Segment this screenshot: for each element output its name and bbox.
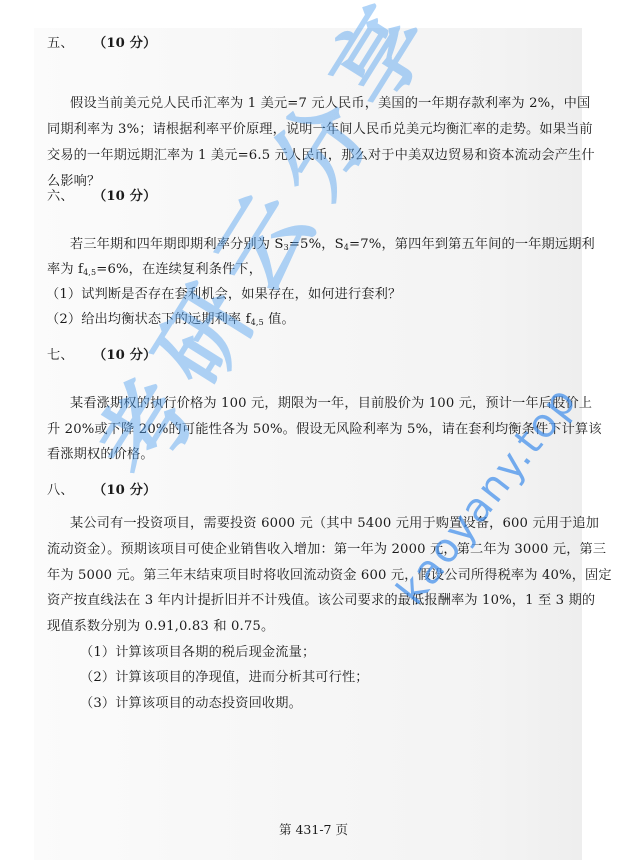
section-7-text-line: 看涨期权的价格。 <box>47 447 154 463</box>
section-number: 八、 <box>47 483 93 499</box>
section-8-question: （2）计算该项目的净现值，进而分析其可行性； <box>80 670 369 686</box>
section-6-heading: 六、（10 分） <box>47 189 156 205</box>
subscript: 4,5 <box>83 268 96 277</box>
section-7-text-line: 某看涨期权的执行价格为 100 元，期限为一年，目前股价为 100 元，预计一年… <box>70 396 592 412</box>
section-points: （10 分） <box>93 189 156 204</box>
section-number: 五、 <box>47 36 93 52</box>
text-fragment: 率为 f <box>47 262 83 277</box>
section-8-text-line: 流动资金）。预期该项目可使企业销售收入增加：第一年为 2000 元，第二年为 3… <box>47 542 606 558</box>
section-6-question: （1）试判断是否存在套利机会，如果存在，如何进行套利？ <box>46 287 401 303</box>
text-fragment: =6%，在连续复利条件下， <box>96 262 262 277</box>
page-number: 第 431-7 页 <box>0 820 627 838</box>
section-5-text-line: 交易的一年期远期汇率为 1 美元=6.5 元人民币，那么对于中美双边贸易和资本流… <box>47 148 595 164</box>
text-fragment: =7%，第四年到第五年间的一年期远期利 <box>349 237 595 252</box>
section-number: 六、 <box>47 189 93 205</box>
text-fragment: 值。 <box>264 312 295 327</box>
section-8-text-line: 某公司有一投资项目，需要投资 6000 元（其中 5400 元用于购置设备，60… <box>70 516 599 532</box>
section-5-heading: 五、（10 分） <box>47 36 156 52</box>
section-points: （10 分） <box>93 348 156 363</box>
text-fragment: 若三年期和四年期即期利率分别为 S <box>70 237 284 252</box>
section-7-text-line: 升 20%或下降 20%的可能性各为 50%。假设无风险利率为 5%，请在套利均… <box>47 422 602 438</box>
subscript: 4,5 <box>251 318 264 327</box>
section-8-text-line: 现值系数分别为 0.91,0.83 和 0.75。 <box>47 619 274 635</box>
text-fragment: =5%，S <box>289 237 344 252</box>
section-5-text-line: 么影响？ <box>47 174 100 190</box>
section-7-heading: 七、（10 分） <box>47 348 156 364</box>
section-6-text-line: 若三年期和四年期即期利率分别为 S3=5%，S4=7%，第四年到第五年间的一年期… <box>70 237 595 253</box>
section-6-question: （2）给出均衡状态下的远期利率 f4,5 值。 <box>46 312 295 328</box>
section-5-text-line: 同期利率为 3%；请根据利率平价原理，说明一年间人民币兑美元均衡汇率的走势。如果… <box>47 122 593 138</box>
section-6-text-line: 率为 f4,5=6%，在连续复利条件下， <box>47 262 262 278</box>
section-8-question: （1）计算该项目各期的税后现金流量； <box>80 645 315 661</box>
section-number: 七、 <box>47 348 93 364</box>
section-8-text-line: 年为 5000 元。第三年末结束项目时将收回流动资金 600 元，假设公司所得税… <box>47 568 612 584</box>
exam-page: 五、（10 分） 假设当前美元兑人民币汇率为 1 美元=7 元人民币，美国的一年… <box>0 0 627 860</box>
section-8-heading: 八、（10 分） <box>47 483 156 499</box>
section-8-text-line: 资产按直线法在 3 年内计提折旧并不计残值。该公司要求的最低报酬率为 10%，1… <box>47 593 595 609</box>
section-5-text-line: 假设当前美元兑人民币汇率为 1 美元=7 元人民币，美国的一年期存款利率为 2%… <box>70 96 590 112</box>
section-8-question: （3）计算该项目的动态投资回收期。 <box>80 696 302 712</box>
section-points: （10 分） <box>93 483 156 498</box>
text-fragment: （2）给出均衡状态下的远期利率 f <box>46 312 251 327</box>
section-points: （10 分） <box>93 36 156 51</box>
